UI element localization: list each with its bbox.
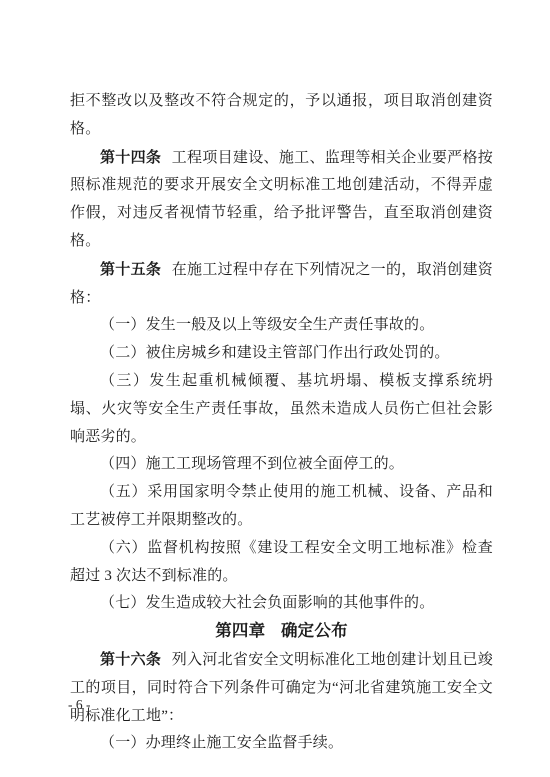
clause-item-5: （五）采用国家明令禁止使用的施工机械、设备、产品和工艺被停工并限期整改的。 [70,479,493,535]
clause-item-2: （二）被住房城乡和建设主管部门作出行政处罚的。 [70,340,493,368]
chapter-4-heading: 第四章确定公布 [70,618,493,646]
article-14-paragraph: 第十四条工程项目建设、施工、监理等相关企业要严格按照标准规范的要求开展安全文明标… [70,144,493,256]
document-body: 拒不整改以及整改不符合规定的，予以通报，项目取消创建资格。 第十四条工程项目建设… [70,88,493,758]
clause-item-7: （七）发生造成较大社会负面影响的其他事件的。 [70,590,493,618]
clause-item-3: （三）发生起重机械倾覆、基坑坍塌、模板支撑系统坍塌、火灾等安全生产责任事故，虽然… [70,368,493,451]
article-15-label: 第十五条 [100,261,161,278]
article-15-paragraph: 第十五条在施工过程中存在下列情况之一的，取消创建资格： [70,256,493,313]
article-16-label: 第十六条 [100,651,161,668]
clause-item-6: （六）监督机构按照《建设工程安全文明工地标准》检查超过 3 次达不到标准的。 [70,535,493,591]
clause-item-1: （一）发生一般及以上等级安全生产责任事故的。 [70,312,493,340]
clause-item-4: （四）施工工现场管理不到位被全面停工的。 [70,451,493,479]
document-page: 拒不整改以及整改不符合规定的，予以通报，项目取消创建资格。 第十四条工程项目建设… [0,0,550,777]
article-16-paragraph: 第十六条列入河北省安全文明标准化工地创建计划且已竣工的项目，同时符合下列条件可确… [70,646,493,730]
chapter-title: 确定公布 [281,622,348,640]
chapter-number: 第四章 [215,622,265,640]
article-14-label: 第十四条 [100,149,161,166]
paragraph-continuation: 拒不整改以及整改不符合规定的，予以通报，项目取消创建资格。 [70,88,493,144]
article-16-clause-1: （一）办理终止施工安全监督手续。 [70,730,493,758]
page-number: - 6 - [68,697,91,713]
